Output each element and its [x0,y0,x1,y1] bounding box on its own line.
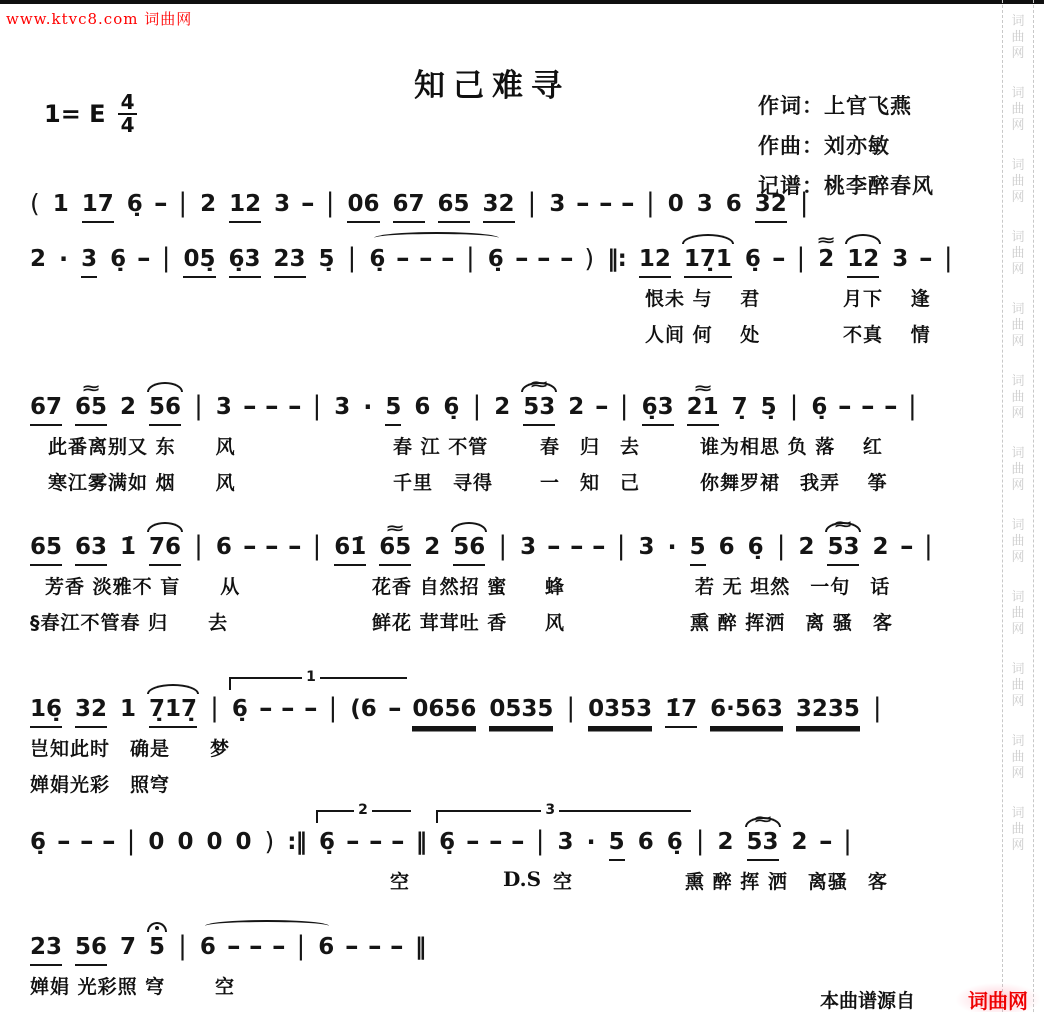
dash-note: - [79,827,93,859]
note: 0656 [412,694,476,728]
notation-row: 6̣---|0000):‖26̣---‖36̣---|3·566̣|2532-| [30,803,998,861]
side-watermark-char: 词 [1011,302,1024,318]
lyric-segment: 春 归 去 [540,432,640,459]
notation-row: (1176̣-|2123-|06676532|3---|03632| [30,165,998,223]
note: 6̣ [745,244,761,276]
note: 32 [755,189,787,223]
lyric-segment: 恨未 与 君 [645,284,760,311]
side-watermark-char: 词 [1011,590,1024,606]
dash-note: - [272,932,286,964]
note: 5̣ [319,244,335,276]
system: (1176̣-|2123-|06676532|3---|03632| [30,165,998,223]
barline: | [178,932,187,964]
barline: | [162,244,171,276]
lyric-segment: 花香 自然招 蜜 [372,572,507,599]
note: 7̣17̣ [149,694,197,728]
note: 6 [719,532,735,564]
lyric-segment: 熏 醉 挥 洒 离骚 客 [685,867,888,894]
dash-note: - [441,244,455,276]
dash-note: - [390,932,404,964]
volta-label: 3 [541,802,559,818]
note: 56 [149,392,181,426]
lyric-segment: 熏 醉 挥洒 离 骚 客 [690,608,893,635]
note: 0 [148,827,164,859]
dash-note: - [57,827,71,859]
note: 5 [385,392,401,426]
dash-note: - [537,244,551,276]
note: 2 [120,392,136,424]
note: 2 [424,532,440,564]
note: 6·563 [710,694,783,728]
dash-note: - [387,694,401,726]
side-watermark-char: 词 [1011,446,1024,462]
note: 5 [149,932,165,964]
note: 2 [200,189,216,221]
barline: | [312,532,321,564]
barline: | [796,244,805,276]
paren: ( [30,189,40,221]
side-watermark-char: 网 [1011,262,1024,278]
note: 1 [120,694,136,726]
tie-group: 6---|6 [200,932,334,964]
side-watermark-char: 网 [1011,190,1024,206]
paren: ) [264,827,274,859]
note: 5̣ [761,392,777,424]
lyric-segment: D.S [503,867,541,891]
note: 3 [639,532,655,564]
dash-note: - [919,244,933,276]
lyric-segment: 芳香 淡雅不 盲 从 [45,572,240,599]
note: 23 [274,244,306,278]
note: 6 [726,189,742,221]
lyric-segment: 婵娟光彩 照穹 [30,770,170,797]
note: 1̇7 [665,694,697,728]
note: 6̣ [232,694,248,726]
note: 2 [717,827,733,859]
repeat-sign: ‖: [607,244,626,276]
note: 21 [687,392,719,426]
dash-note: - [258,694,272,726]
volta-bracket: 36̣---|3·566̣ [439,827,683,861]
note: 67 [30,392,62,426]
lyric-row: 婵娟光彩 照穹 [30,770,998,800]
dash-note: - [368,827,382,859]
note: 56 [75,932,107,966]
side-watermark-char: 词 [1011,734,1024,750]
score: (1176̣-|2123-|06676532|3---|03632|2·36̣-… [0,0,1044,1012]
note: 2 [792,827,808,859]
lyric-row: 岂知此时 确是 梦 [30,734,998,764]
paren: ) [584,244,594,276]
note: 2 [494,392,510,424]
dash-note: - [304,694,318,726]
barline: | [620,392,629,424]
lyric-segment: 若 无 坦然 一句 话 [695,572,890,599]
dash-note: - [576,189,590,221]
note: 7̣ [732,392,748,424]
lyric-segment: 谁为相思 负 落 红 [700,432,883,459]
notation-row: 2·36̣-|05̣6̣3235̣|6̣---|6̣---)‖:1217̣16̣… [30,220,998,278]
lyric-segment: 婵娟 光彩照 穹 [30,972,165,999]
dash-note: - [265,392,279,424]
barline: | [178,189,187,221]
dash-note: - [598,189,612,221]
note: 76 [149,532,181,566]
lyric-segment: 人间 何 处 [645,320,760,347]
note: 3 [334,392,350,424]
barline: | [296,932,305,964]
side-watermark-char: 曲 [1011,462,1024,478]
side-watermark-char: 曲 [1011,246,1024,262]
note: 05̣ [183,244,215,278]
lyric-segment: 蜂 [545,572,565,599]
note: 6̣ [319,827,335,859]
footer-site-name: 词曲网 [956,983,1040,1012]
note: 3235 [796,694,860,728]
barline: | [777,532,786,564]
note: 6̣3 [229,244,261,278]
note: 6̣ [369,244,385,276]
note: 2 [818,244,834,276]
dash-note: - [511,827,525,859]
dot-note: · [59,244,68,276]
note: 3 [549,189,565,221]
lyric-segment: 鲜花 茸茸吐 香 [372,608,507,635]
footer-source-label: 本曲谱源自 [820,986,915,1012]
side-watermark-char: 词 [1011,158,1024,174]
note: 06 [347,189,379,223]
barline: | [617,532,626,564]
system: 65631̇76|6---|61̇65256|3---|3·566̣|2532-… [30,508,998,638]
note: 61̇ [334,532,366,566]
note: 6 [318,932,334,964]
dash-note: - [772,244,786,276]
barline: | [924,532,933,564]
tie-group: 6̣---|6̣ [369,244,503,276]
note: 6̣3 [642,392,674,426]
system: 6765256|3---|3·566̣|2532-|6̣3217̣5̣|6̣--… [30,368,998,498]
note: 3 [520,532,536,564]
barline: | [696,827,705,859]
lyric-segment: 月下 逢 [843,284,931,311]
repeat-sign: :‖ [287,827,306,859]
volta-bracket: 26̣--- [319,827,403,859]
dash-note: - [547,532,561,564]
side-watermark-char: 曲 [1011,174,1024,190]
note: 65 [30,532,62,566]
system: 6̣---|0000):‖26̣---‖36̣---|3·566̣|2532-|… [30,803,998,897]
notation-row: 6765256|3---|3·566̣|2532-|6̣3217̣5̣|6̣--… [30,368,998,426]
note: 17̣1 [684,244,732,278]
note: 12 [639,244,671,278]
note: 6̣ [110,244,126,276]
note: 6̣ [439,827,455,859]
dash-note: - [569,532,583,564]
lyric-segment: 空 [215,972,235,999]
side-watermark-char: 曲 [1011,606,1024,622]
dash-note: - [595,392,609,424]
side-watermark-char: 曲 [1011,390,1024,406]
barline: | [326,189,335,221]
note: 2 [568,392,584,424]
dash-note: - [592,532,606,564]
note: 0 [206,827,222,859]
side-watermark-char: 网 [1011,334,1024,350]
barline: | [800,189,809,221]
barline: | [944,244,953,276]
dash-note: - [153,189,167,221]
barline: | [194,392,203,424]
side-watermark-char: 网 [1011,694,1024,710]
barline: | [348,244,357,276]
lyric-segment: 寒江雾满如 烟 风 [48,468,236,495]
note: 6 [638,827,654,859]
note: 2 [798,532,814,564]
note: 23 [30,932,62,966]
dash-note: - [367,932,381,964]
note: 65 [438,189,470,223]
dot-note: · [668,532,677,564]
note: 6̣ [667,827,683,859]
note: 3 [216,392,232,424]
note: 1̇ [120,532,136,564]
dash-note: - [301,189,315,221]
side-watermark-char: 网 [1011,478,1024,494]
dash-note: - [391,827,405,859]
lyric-row: 恨未 与 君月下 逢 [30,284,998,314]
lyric-row: 人间 何 处不真 情 [30,320,998,350]
side-watermark-char: 词 [1011,86,1024,102]
note: 32 [75,694,107,728]
side-watermark-char: 词 [1011,230,1024,246]
dash-note: - [514,244,528,276]
side-watermark-char: 曲 [1011,678,1024,694]
volta-label: 1 [302,669,320,685]
lyric-row: 寒江雾满如 烟 风千里 寻得一 知 己你舞罗裙 我弄 筝 [30,468,998,498]
note: 3 [558,827,574,859]
system: 16̣3217̣17̣|16̣---|(6-06560535|03531̇76·… [30,670,998,800]
side-watermark-char: 曲 [1011,534,1024,550]
dash-note: - [559,244,573,276]
lyric-row: §春江不管春 归 去鲜花 茸茸吐 香风熏 醉 挥洒 离 骚 客 [30,608,998,638]
dash-note: - [818,827,832,859]
note: 7 [120,932,136,964]
note: 0 [235,827,251,859]
note: 63 [75,532,107,566]
dash-note: - [102,827,116,859]
barline: | [210,694,219,726]
note: 6̣ [30,827,46,859]
note: 6 [216,532,232,564]
barline: | [328,694,337,726]
lyric-segment: 岂知此时 确是 梦 [30,734,230,761]
side-watermark: 词曲网词曲网词曲网词曲网词曲网词曲网词曲网词曲网词曲网词曲网词曲网词曲网 [1002,0,1034,1012]
lyric-segment: 风 [545,608,565,635]
note: 3 [697,189,713,221]
barline: | [127,827,136,859]
side-watermark-char: 词 [1011,518,1024,534]
side-watermark-char: 网 [1011,406,1024,422]
notation-row: 235675|6---|6---‖ [30,908,998,966]
barline: | [790,392,799,424]
note: 56 [453,532,485,566]
barline: | [646,189,655,221]
notation-row: 65631̇76|6---|61̇65256|3---|3·566̣|2532-… [30,508,998,566]
dot-note: · [363,392,372,424]
side-watermark-char: 曲 [1011,102,1024,118]
lyric-segment: 空 [390,867,410,894]
note: 6 [200,932,216,964]
dash-note: - [396,244,410,276]
side-watermark-char: 网 [1011,838,1024,854]
side-watermark-char: 网 [1011,766,1024,782]
notation-row: 16̣3217̣17̣|16̣---|(6-06560535|03531̇76·… [30,670,998,728]
lyric-row: 芳香 淡雅不 盲 从花香 自然招 蜜蜂若 无 坦然 一句 话 [30,572,998,602]
dash-note: - [288,392,302,424]
barline: | [528,189,537,221]
barline: | [194,532,203,564]
dash-note: - [242,392,256,424]
note: 0535 [489,694,553,728]
note: 1 [53,189,69,221]
volta-label: 2 [354,802,372,818]
lyric-segment: 空 [553,867,573,894]
lyric-segment: 你舞罗裙 我弄 筝 [700,468,888,495]
note: 5 [690,532,706,566]
lyric-segment: 一 知 己 [540,468,640,495]
note: 12 [847,244,879,278]
side-watermark-char: 词 [1011,374,1024,390]
barline: | [466,244,475,276]
side-watermark-char: 网 [1011,550,1024,566]
lyric-segment: §春江不管春 归 去 [30,608,228,635]
side-watermark-char: 词 [1011,662,1024,678]
dash-note: - [226,932,240,964]
barline: | [566,694,575,726]
lyric-row: 空D.S空熏 醉 挥 洒 离骚 客 [30,867,998,897]
note: 2 [872,532,888,564]
side-watermark-char: 曲 [1011,822,1024,838]
repeat-sign: ‖ [415,932,426,964]
note: (6 [350,694,377,726]
dash-note: - [899,532,913,564]
lyric-row: 此番离别又 东 风春 江 不管春 归 去谁为相思 负 落 红 [30,432,998,462]
side-watermark-char: 曲 [1011,750,1024,766]
note: 6̣ [811,392,827,424]
dash-note: - [345,932,359,964]
side-watermark-char: 曲 [1011,30,1024,46]
side-watermark-char: 网 [1011,622,1024,638]
system: 2·36̣-|05̣6̣3235̣|6̣---|6̣---)‖:1217̣16̣… [30,220,998,350]
note: 6 [414,392,430,424]
note: 3 [274,189,290,221]
barline: | [843,827,852,859]
note: 5 [609,827,625,861]
note: 16̣ [30,694,62,728]
dot-note: · [587,827,596,859]
lyric-segment: 此番离别又 东 风 [48,432,236,459]
note: 53 [827,532,859,566]
repeat-sign: ‖ [416,827,427,859]
note: 3 [892,244,908,276]
note: 6̣ [488,244,504,276]
side-watermark-char: 词 [1011,14,1024,30]
dash-note: - [838,392,852,424]
barline: | [472,392,481,424]
dash-note: - [242,532,256,564]
note: 3 [81,244,97,278]
note: 0 [177,827,193,859]
note: 65 [379,532,411,566]
side-watermark-char: 词 [1011,806,1024,822]
barline: | [873,694,882,726]
dash-note: - [466,827,480,859]
dash-note: - [137,244,151,276]
barline: | [908,392,917,424]
note: 6̣ [443,392,459,424]
note: 17 [82,189,114,223]
lyric-segment: 不真 情 [843,320,931,347]
side-watermark-char: 网 [1011,118,1024,134]
dash-note: - [621,189,635,221]
barline: | [498,532,507,564]
side-watermark-char: 网 [1011,46,1024,62]
dash-note: - [249,932,263,964]
note: 53 [747,827,779,861]
note: 65 [75,392,107,426]
dash-note: - [883,392,897,424]
barline: | [536,827,545,859]
note: 12 [229,189,261,223]
note: 67 [393,189,425,223]
note: 6̣ [127,189,143,221]
note: 0 [668,189,684,221]
dash-note: - [488,827,502,859]
note: 32 [483,189,515,223]
dash-note: - [281,694,295,726]
dash-note: - [861,392,875,424]
note: 0353 [588,694,652,728]
lyric-segment: 春 江 不管 [393,432,488,459]
note: 6̣ [748,532,764,564]
note: 53 [523,392,555,426]
dash-note: - [346,827,360,859]
dash-note: - [288,532,302,564]
volta-bracket: 16̣---|(6- [232,694,399,726]
dash-note: - [418,244,432,276]
dash-note: - [265,532,279,564]
side-watermark-char: 曲 [1011,318,1024,334]
lyric-segment: 千里 寻得 [393,468,493,495]
note: 2 [30,244,46,276]
barline: | [312,392,321,424]
